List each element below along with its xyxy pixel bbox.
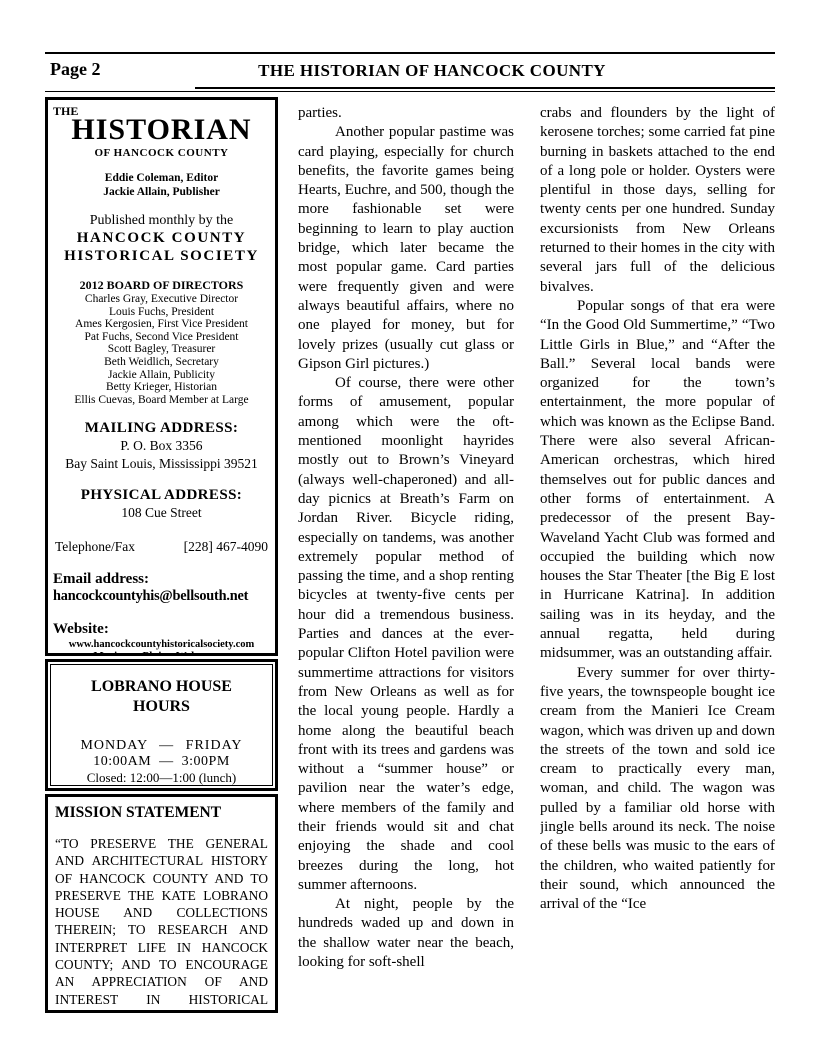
board-member-line: Ellis Cuevas, Board Member at Large bbox=[53, 394, 270, 407]
article-paragraph: parties. bbox=[298, 104, 514, 123]
header-title-underline bbox=[195, 87, 775, 89]
article-paragraph: Every summer for over thirty-five years,… bbox=[540, 664, 775, 915]
board-of-directors-list: Charles Gray, Executive DirectorLouis Fu… bbox=[53, 293, 270, 406]
mailing-address-lines: P. O. Box 3356Bay Saint Louis, Mississip… bbox=[53, 437, 270, 473]
board-member-line: Louis Fuchs, President bbox=[53, 306, 270, 319]
physical-address-line: 108 Cue Street bbox=[53, 504, 270, 522]
physical-address-lines: 108 Cue Street bbox=[53, 504, 270, 522]
physical-address-heading: PHYSICAL ADDRESS: bbox=[53, 487, 270, 504]
email-value: hancockcountyhis@bellsouth.net bbox=[53, 588, 270, 605]
article-paragraph: At night, people by the hundreds waded u… bbox=[298, 895, 514, 972]
website-url: www.hancockcountyhistoricalsociety.com bbox=[53, 639, 270, 650]
article-paragraph: Popular songs of that era were “In the G… bbox=[540, 297, 775, 664]
header-bottom-rule bbox=[45, 91, 775, 92]
mailing-address-line: P. O. Box 3356 bbox=[53, 437, 270, 455]
mission-box: MISSION STATEMENT “TO PRESERVE THE GENER… bbox=[45, 794, 278, 1013]
hours-title-line1: LOBRANO HOUSE bbox=[51, 677, 272, 697]
hours-box: LOBRANO HOUSE HOURS MONDAY — FRIDAY 10:0… bbox=[45, 659, 278, 791]
society-name: HANCOCK COUNTY HISTORICAL SOCIETY bbox=[53, 229, 270, 265]
mission-body: “TO PRESERVE THE GENERAL AND ARCHITECTUR… bbox=[55, 835, 268, 1013]
hours-box-inner: LOBRANO HOUSE HOURS MONDAY — FRIDAY 10:0… bbox=[50, 664, 273, 786]
article-column-1: parties.Another popular pastime was card… bbox=[298, 104, 514, 1013]
webmaster-line: Marianne Pluim, Webmaster bbox=[53, 650, 270, 656]
header-top-rule bbox=[45, 52, 775, 54]
masthead-box: THE HISTORIAN OF HANCOCK COUNTY Eddie Co… bbox=[45, 97, 278, 656]
telephone-row: Telephone/Fax [228] 467-4090 bbox=[53, 539, 270, 555]
society-line2: HISTORICAL SOCIETY bbox=[53, 247, 270, 265]
masthead-subtitle: OF HANCOCK COUNTY bbox=[53, 147, 270, 159]
website-heading: Website: bbox=[53, 621, 270, 638]
board-member-line: Betty Krieger, Historian bbox=[53, 381, 270, 394]
telephone-value: [228] 467-4090 bbox=[184, 539, 268, 555]
board-member-line: Beth Weidlich, Secretary bbox=[53, 356, 270, 369]
hours-title-line2: HOURS bbox=[51, 697, 272, 717]
hours-title: LOBRANO HOUSE HOURS bbox=[51, 677, 272, 717]
board-of-directors-heading: 2012 BOARD OF DIRECTORS bbox=[53, 278, 270, 293]
mission-heading: MISSION STATEMENT bbox=[55, 804, 268, 822]
mailing-address-line: Bay Saint Louis, Mississippi 39521 bbox=[53, 455, 270, 473]
article-column-2: crabs and flounders by the light of kero… bbox=[540, 104, 775, 1013]
published-monthly-line: Published monthly by the bbox=[53, 213, 270, 229]
email-heading: Email address: bbox=[53, 571, 270, 588]
masthead-staff: Eddie Coleman, Editor Jackie Allain, Pub… bbox=[53, 172, 270, 199]
board-member-line: Jackie Allain, Publicity bbox=[53, 369, 270, 382]
board-member-line: Charles Gray, Executive Director bbox=[53, 293, 270, 306]
telephone-label: Telephone/Fax bbox=[55, 539, 135, 555]
society-line1: HANCOCK COUNTY bbox=[53, 229, 270, 247]
hours-days: MONDAY — FRIDAY bbox=[51, 738, 272, 754]
sidebar: THE HISTORIAN OF HANCOCK COUNTY Eddie Co… bbox=[45, 97, 278, 1013]
article-paragraph: Another popular pastime was card playing… bbox=[298, 123, 514, 374]
hours-closed-note: Closed: 12:00—1:00 (lunch) bbox=[51, 770, 272, 786]
board-member-line: Scott Bagley, Treasurer bbox=[53, 343, 270, 356]
hours-time: 10:00AM — 3:00PM bbox=[51, 754, 272, 770]
article-paragraph: Of course, there were other forms of amu… bbox=[298, 374, 514, 895]
newsletter-title: THE HISTORIAN OF HANCOCK COUNTY bbox=[45, 61, 775, 81]
board-member-line: Pat Fuchs, Second Vice President bbox=[53, 331, 270, 344]
masthead-title: HISTORIAN bbox=[53, 113, 270, 147]
article-paragraph: crabs and flounders by the light of kero… bbox=[540, 104, 775, 297]
newsletter-page: Page 2 THE HISTORIAN OF HANCOCK COUNTY T… bbox=[0, 0, 816, 1056]
editor-line: Eddie Coleman, Editor bbox=[53, 172, 270, 186]
board-member-line: Ames Kergosien, First Vice President bbox=[53, 318, 270, 331]
publisher-line: Jackie Allain, Publisher bbox=[53, 186, 270, 200]
mailing-address-heading: MAILING ADDRESS: bbox=[53, 420, 270, 437]
